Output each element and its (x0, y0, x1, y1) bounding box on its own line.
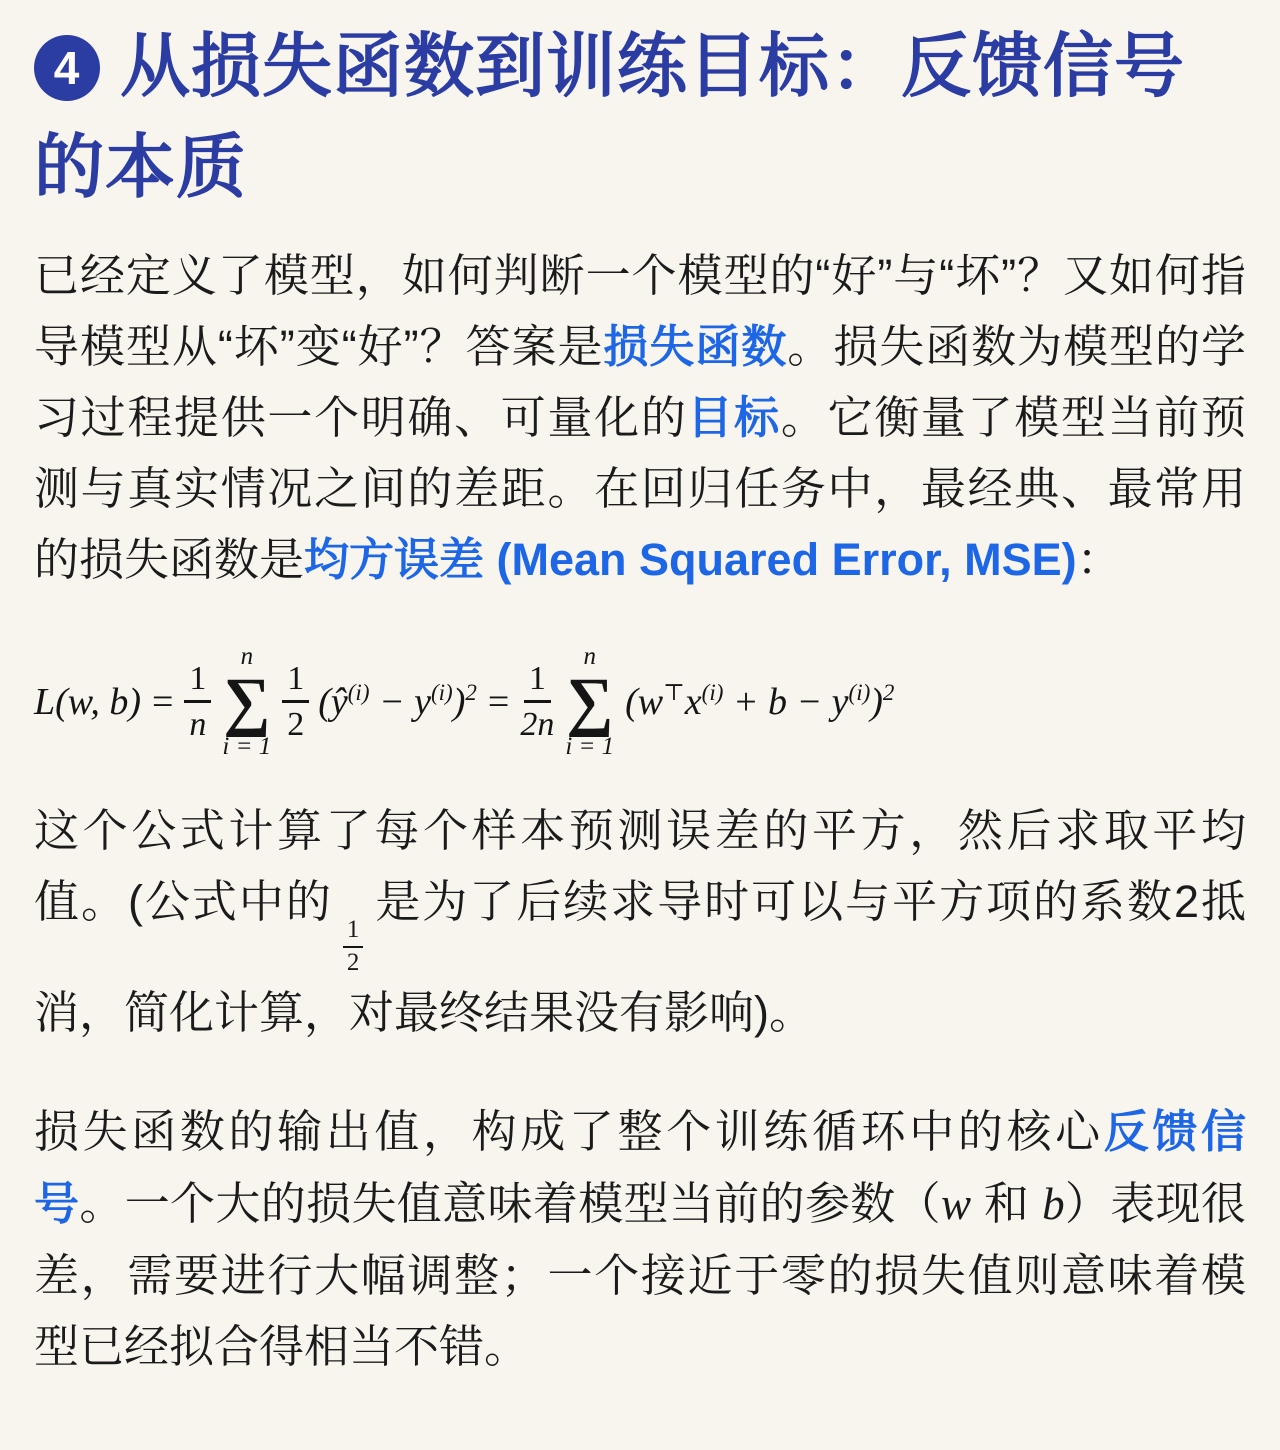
superscript-i: (i) (849, 680, 871, 705)
fraction-1-over-n: 1 n (184, 659, 211, 744)
sum-lower-limit: i = 1 (222, 733, 271, 761)
sigma-icon: ∑ (223, 671, 270, 734)
sum-lower-limit: i = 1 (565, 733, 614, 761)
inline-fraction-half: 12 (343, 916, 364, 978)
superscript-i: (i) (702, 680, 724, 705)
text-run: ： (1077, 534, 1122, 585)
numbered-circle-4-icon: 4 (34, 35, 100, 101)
text-run: ) (453, 681, 466, 723)
superscript-i: (i) (348, 680, 370, 705)
fraction-numerator: 1 (184, 659, 211, 703)
linear-model-term: (w⊤x(i) + b − y(i))2 (625, 680, 894, 724)
summation-2: n ∑ i = 1 (565, 643, 614, 761)
fraction-numerator: 1 (524, 659, 551, 703)
text-run: (ŷ (318, 681, 348, 723)
transpose-icon: ⊤ (663, 680, 685, 705)
fraction-numerator: 1 (282, 659, 309, 703)
text-run: (w (625, 681, 663, 723)
fraction-1-over-2n: 1 2n (520, 659, 554, 744)
paragraph-intro: 已经定义了模型，如何判断一个模型的“好”与“坏”？又如何指导模型从“坏”变“好”… (34, 240, 1246, 595)
fraction-1-over-2: 1 2 (282, 659, 309, 744)
math-var-w: w (941, 1179, 971, 1229)
highlight-mse: 均方误差 (Mean Squared Error, MSE) (304, 534, 1077, 585)
fraction-denominator: 2 (287, 703, 304, 744)
highlight-loss-function: 损失函数 (603, 321, 787, 372)
paragraph-formula-explanation: 这个公式计算了每个样本预测误差的平方，然后求取平均值。(公式中的12是为了后续求… (34, 795, 1246, 1049)
text-run: x (685, 681, 702, 723)
article-card: 4从损失函数到训练目标：反馈信号的本质 已经定义了模型，如何判断一个模型的“好”… (0, 0, 1280, 1382)
superscript-i: (i) (431, 680, 453, 705)
text-run: 。一个大的损失值意味着模型当前的参数（ (79, 1178, 941, 1229)
fraction-denominator: 2n (520, 703, 554, 744)
text-run: 损失函数的输出值，构成了整个训练循环中的核心 (34, 1106, 1104, 1157)
equals-sign: = (486, 680, 511, 724)
math-var-b: b (1042, 1179, 1065, 1229)
superscript-2: 2 (465, 680, 477, 705)
fraction-denominator: n (189, 703, 206, 744)
text-run: − y (369, 681, 431, 723)
mse-formula: L(w, b) = 1 n n ∑ i = 1 1 2 (ŷ(i) − y(i)… (34, 643, 1246, 761)
text-run: + b − y (723, 681, 848, 723)
section-heading: 4从损失函数到训练目标：反馈信号的本质 (34, 16, 1246, 218)
equals-sign: = (150, 680, 175, 724)
text-run: 和 (971, 1178, 1042, 1229)
sigma-icon: ∑ (566, 671, 613, 734)
highlight-target: 目标 (688, 392, 781, 443)
summation-1: n ∑ i = 1 (222, 643, 271, 761)
superscript-2: 2 (883, 680, 895, 705)
formula-lhs: L(w, b) (34, 680, 141, 724)
squared-error-term: (ŷ(i) − y(i))2 (318, 680, 477, 724)
fraction-numerator: 1 (343, 916, 364, 948)
text-run: ) (870, 681, 883, 723)
fraction-denominator: 2 (347, 948, 360, 978)
section-heading-text: 从损失函数到训练目标：反馈信号的本质 (34, 27, 1185, 206)
paragraph-feedback-signal: 损失函数的输出值，构成了整个训练循环中的核心反馈信号。一个大的损失值意味着模型当… (34, 1096, 1246, 1381)
